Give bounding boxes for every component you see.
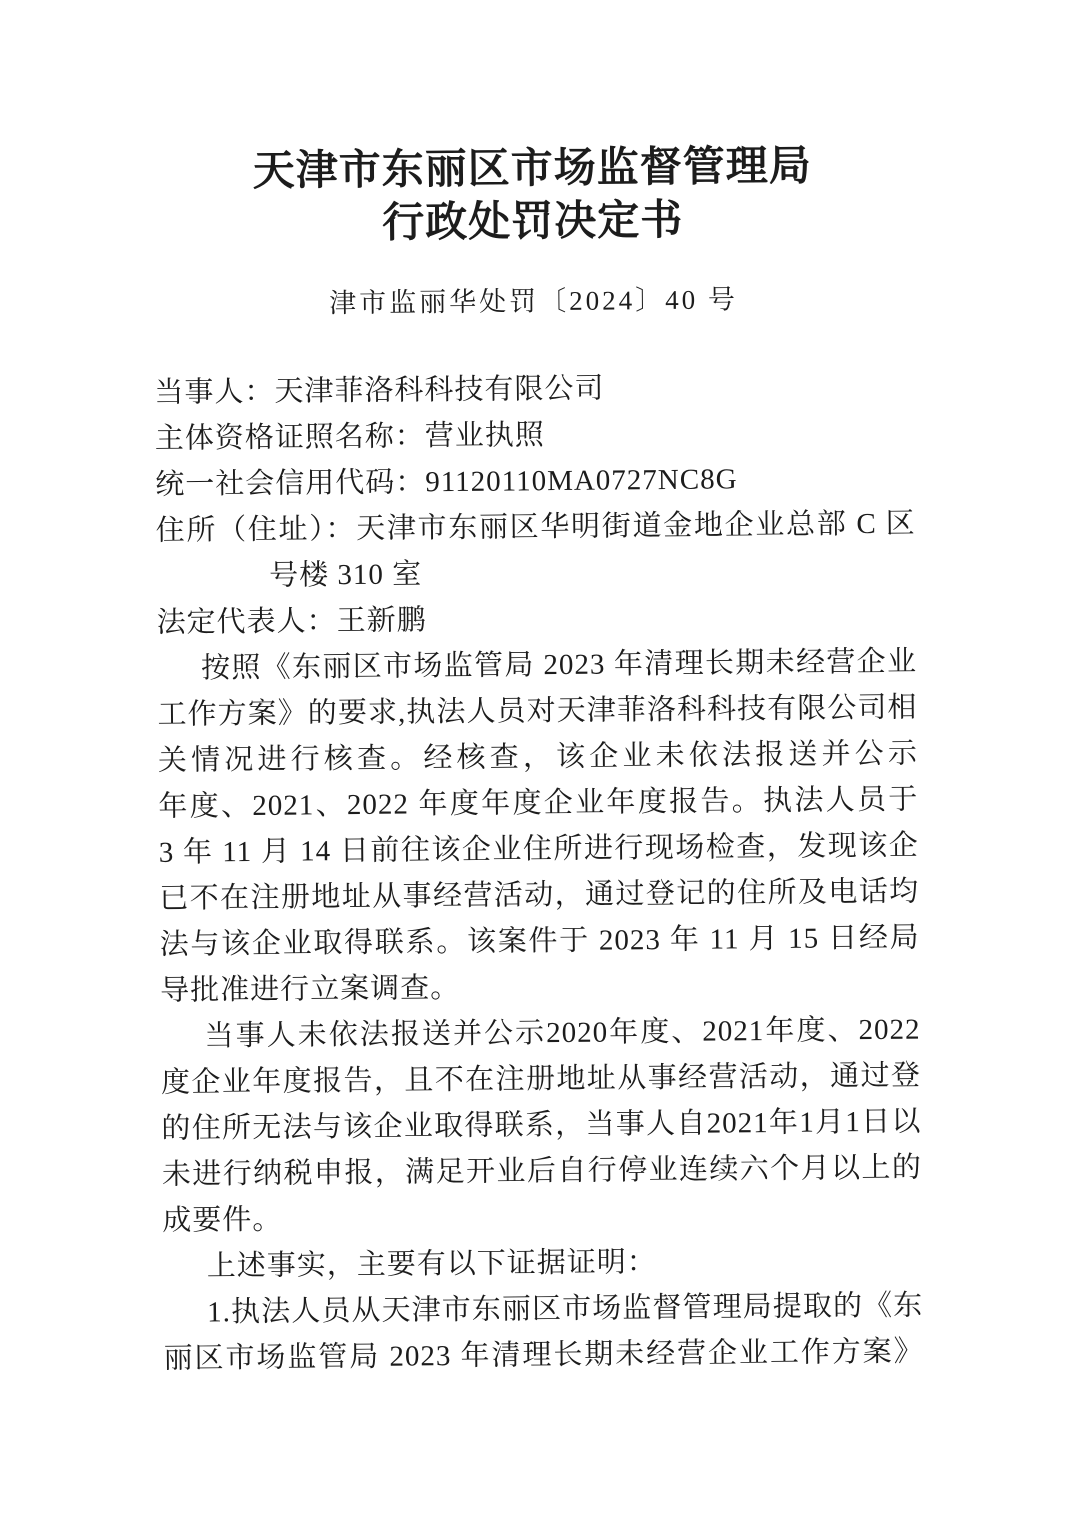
body-line: 丽区市场监管局 2023 年清理长期未经营企业工作方案》复 bbox=[163, 1329, 923, 1382]
document-title-line1: 天津市东丽区市场监督管理局 bbox=[152, 138, 912, 198]
body-line: 上述事实，主要有以下证据证明： bbox=[163, 1237, 923, 1290]
document-body: 当事人：天津菲洛科科技有限公司 主体资格证照名称：营业执照 统一社会信用代码：9… bbox=[154, 363, 924, 1382]
body-line: 法与该企业取得联系。该案件于 2023 年 11 月 15 日经局领 bbox=[159, 915, 919, 968]
field-party-label: 当事人： bbox=[154, 376, 274, 409]
field-party-value: 天津菲洛科科技有限公司 bbox=[274, 373, 604, 408]
body-line: 按照《东丽区市场监管局 2023 年清理长期未经营企业 bbox=[157, 639, 917, 692]
body-line: 已不在注册地址从事经营活动，通过登记的住所及电话均无 bbox=[159, 869, 919, 922]
body-line: 导批准进行立案调查。 bbox=[160, 961, 920, 1014]
body-line: 关情况进行核查。经核查，该企业未依法报送并公示 2020 bbox=[158, 731, 918, 784]
body-line: 当事人未依法报送并公示2020年度、2021年度、2022年 bbox=[160, 1007, 920, 1060]
field-credit-code-label: 统一社会信用代码： bbox=[155, 466, 425, 501]
field-license-name-value: 营业执照 bbox=[425, 419, 545, 452]
field-address-label: 住所（住址）： bbox=[156, 513, 357, 547]
document-title: 天津市东丽区市场监督管理局 行政处罚决定书 bbox=[152, 138, 913, 251]
document-title-line2: 行政处罚决定书 bbox=[153, 191, 913, 251]
field-credit-code: 统一社会信用代码：91120110MA0727NC8G bbox=[155, 455, 915, 508]
field-legal-representative-value: 王新鹏 bbox=[336, 604, 426, 637]
document-number: 津市监丽华处罚〔2024〕40 号 bbox=[153, 278, 913, 325]
field-license-name-label: 主体资格证照名称： bbox=[155, 420, 425, 455]
field-credit-code-value: 91120110MA0727NC8G bbox=[425, 463, 738, 498]
field-legal-representative: 法定代表人：王新鹏 bbox=[156, 593, 916, 646]
field-legal-representative-label: 法定代表人： bbox=[156, 605, 336, 639]
body-line: 的住所无法与该企业取得联系，当事人自2021年1月1日以来 bbox=[161, 1099, 921, 1152]
body-line: 3 年 11 月 14 日前往该企业住所进行现场检查，发现该企业 bbox=[159, 823, 919, 876]
document-sheet: 天津市东丽区市场监督管理局 行政处罚决定书 津市监丽华处罚〔2024〕40 号 … bbox=[152, 138, 924, 1382]
body-line: 未进行纳税申报，满足开业后自行停业连续六个月以上的构 bbox=[162, 1145, 922, 1198]
field-party: 当事人：天津菲洛科科技有限公司 bbox=[154, 363, 914, 416]
field-license-name: 主体资格证照名称：营业执照 bbox=[155, 409, 915, 462]
field-address-continued-value: 号楼 310 室 bbox=[269, 558, 422, 591]
scanned-page: 天津市东丽区市场监督管理局 行政处罚决定书 津市监丽华处罚〔2024〕40 号 … bbox=[0, 0, 1077, 1520]
body-line: 年度、2021、2022 年度年度企业年度报告。执法人员于 202 bbox=[158, 777, 918, 830]
body-line: 成要件。 bbox=[162, 1191, 922, 1244]
field-address: 住所（住址）：天津市东丽区华明街道金地企业总部 C 区 8 bbox=[155, 501, 915, 554]
body-line: 1.执法人员从天津市东丽区市场监督管理局提取的《东 bbox=[163, 1283, 923, 1336]
body-line: 工作方案》的要求,执法人员对天津菲洛科科技有限公司相 bbox=[157, 685, 917, 738]
body-line: 度企业年度报告，且不在注册地址从事经营活动，通过登记 bbox=[161, 1053, 921, 1106]
field-address-continued: 号楼 310 室 bbox=[156, 547, 916, 600]
